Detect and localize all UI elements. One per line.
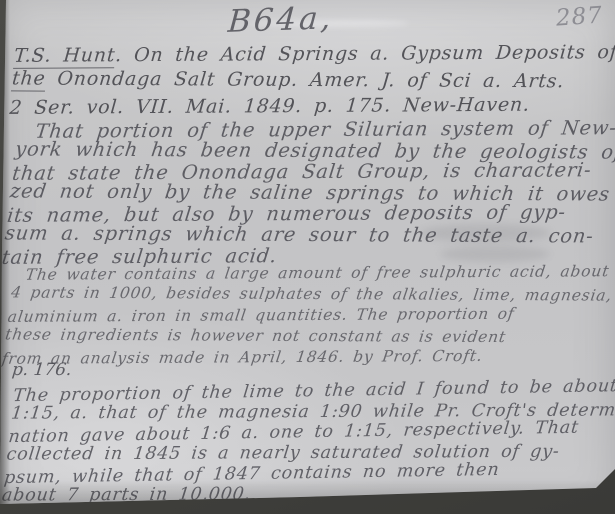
- card-shelfmark: B64a,: [227, 0, 335, 40]
- paragraph-excerpt-2: The water contains a large amount of fre…: [1, 263, 615, 368]
- citation-line: the Onondaga Salt Group. Amer. J. of Sci…: [11, 65, 615, 94]
- citation-line: T.S. Hunt. On the Acid Springs a. Gypsum…: [13, 39, 615, 69]
- card-bottom-edge-shadow: [0, 480, 615, 514]
- handwritten-line: from an analysis made in April, 1846. by…: [0, 345, 605, 370]
- page-reference: p. 176.: [11, 360, 73, 380]
- citation-block: T.S. Hunt. On the Acid Springs a. Gypsum…: [9, 41, 615, 119]
- scanned-card-page: B64a, 287 T.S. Hunt. On the Acid Springs…: [0, 0, 615, 514]
- card-left-edge-shadow: [0, 0, 10, 514]
- index-card: B64a, 287 T.S. Hunt. On the Acid Springs…: [0, 0, 615, 514]
- paragraph-excerpt-1: That portion of the upper Silurian syste…: [1, 119, 615, 266]
- underlined-word: the: [11, 67, 47, 91]
- citation-title: . On the Acid Springs a. Gypsum Deposits…: [114, 41, 615, 66]
- card-number-pencil: 287: [555, 2, 604, 31]
- citation-journal: Onondaga Salt Group. Amer. J. of Sci a. …: [45, 68, 566, 93]
